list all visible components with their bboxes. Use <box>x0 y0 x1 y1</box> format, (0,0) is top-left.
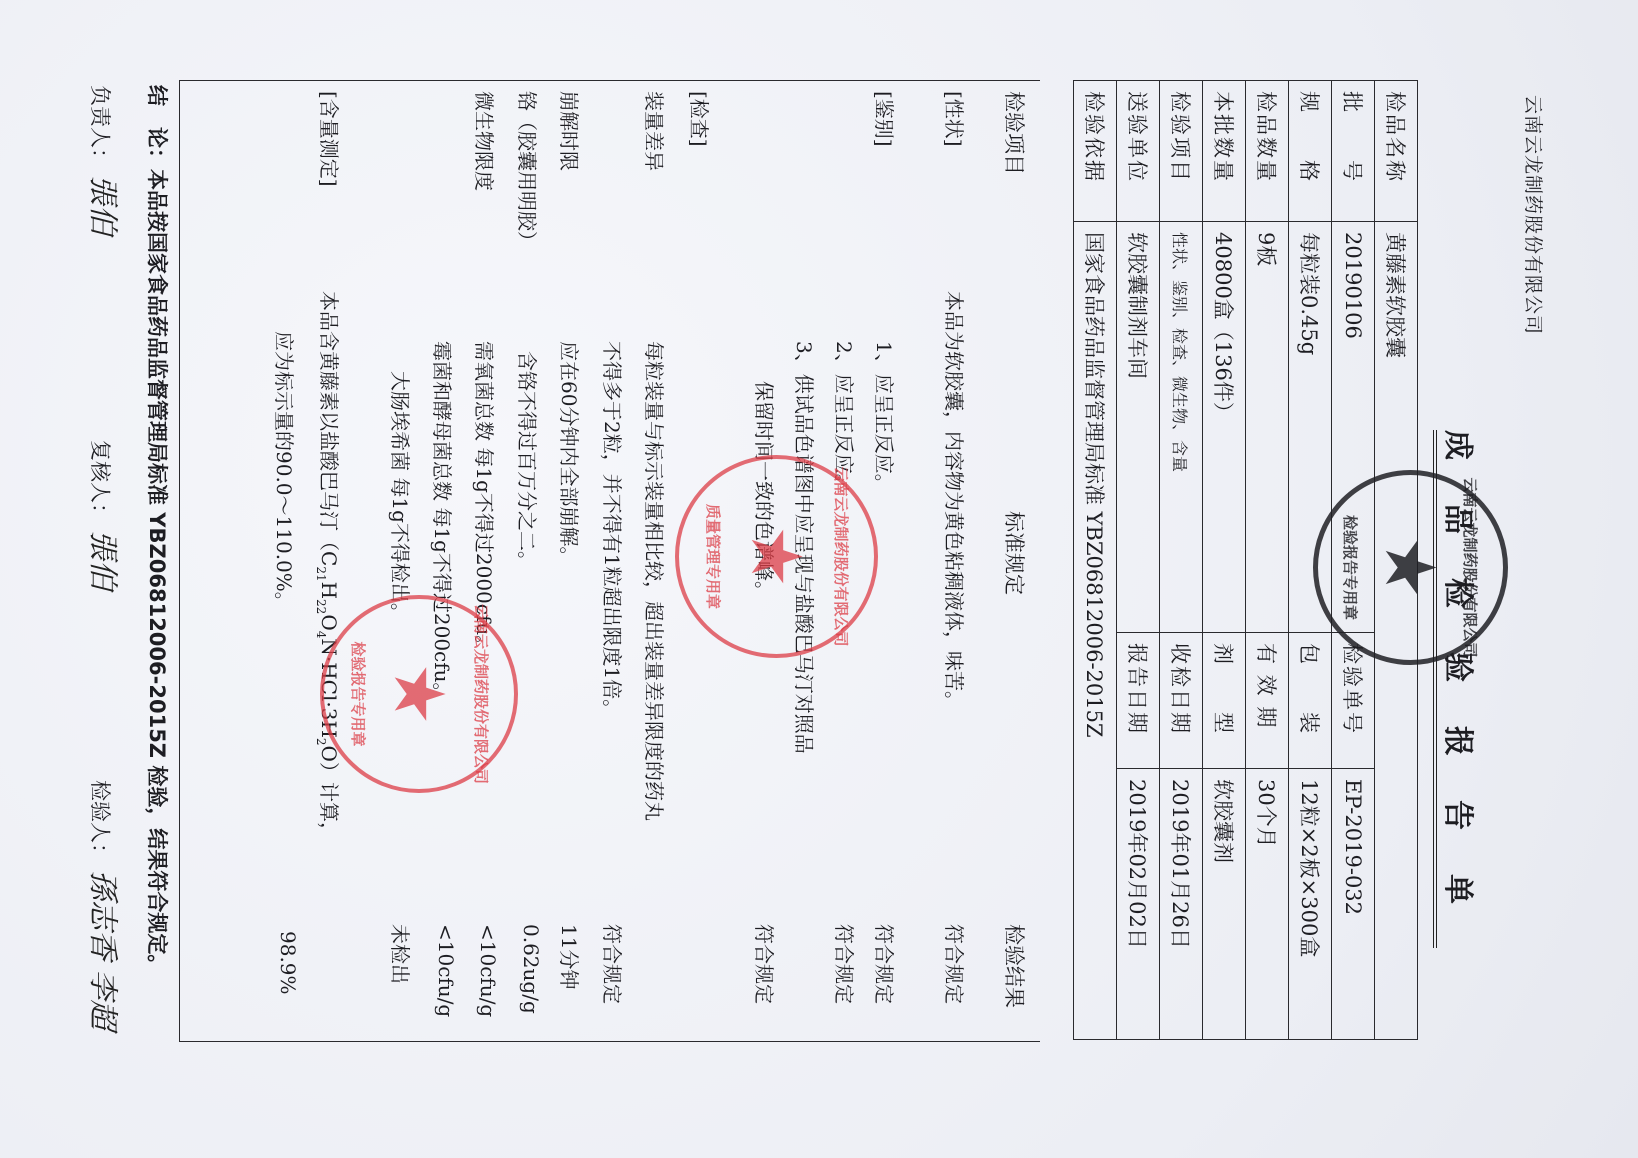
reviewer-signature: 复核人：張伯 <box>84 440 128 590</box>
qc-stamp: ★ 云南云龙制药股份有限公司 检验报告专用章 <box>320 595 518 793</box>
check-result: 未检出 <box>387 924 416 984</box>
star-icon: ★ <box>384 663 454 726</box>
dosage-value: 软胶囊剂 <box>1203 769 1246 1040</box>
responsible-name: 張伯 <box>85 175 120 235</box>
stamp-text: 云南云龙制药股份有限公司 <box>831 466 852 646</box>
package-value: 12粒×2板×300盒 <box>1289 769 1332 1040</box>
check-standard: 含铬不得过百万分之二。 <box>514 351 543 571</box>
test-items-label: 检验项目 <box>1160 81 1203 222</box>
check-name: 崩解时限 <box>556 91 585 171</box>
check-result: 0.62ug/g <box>519 924 543 1014</box>
table-row: 检验依据 国家食品药品监督管理局标准 YBZ06812006-2015Z <box>1074 81 1117 1040</box>
sample-qty-label: 检品数量 <box>1246 81 1289 222</box>
check-standard: 应在60分钟内全部崩解。 <box>556 341 585 566</box>
stamp-text: 检验报告专用章 <box>1340 515 1361 620</box>
package-label: 包 装 <box>1289 633 1332 769</box>
assay-line-2: 应为标示量的90.0～110.0%。 <box>271 331 300 612</box>
report-stamp: ★ 云南云龙制药股份有限公司 检验报告专用章 <box>1313 470 1508 665</box>
stamp-text: 质量管理专用章 <box>703 504 724 609</box>
identification-result: 符合规定 <box>871 924 900 1004</box>
report-date-value: 2019年02月02日 <box>1117 769 1160 1040</box>
table-row: 检品数量 9板 有 效 期 30个月 <box>1246 81 1289 1040</box>
assay-result: 98.9% <box>276 931 300 995</box>
check-name: 微生物限度 <box>471 91 500 191</box>
conclusion: 结 论：本品按国家食品药品监督管理局标准 YBZ06812006-2015Z 检… <box>143 85 173 975</box>
submitter-value: 软胶囊制剂车间 <box>1117 222 1160 633</box>
stamp-text: 云南云龙制药股份有限公司 <box>471 604 492 784</box>
check-result: 符合规定 <box>599 924 628 1004</box>
conclusion-text: 本品按国家食品药品监督管理局标准 YBZ06812006-2015Z 检验，结果… <box>145 169 169 975</box>
reviewer-label: 复核人： <box>88 440 112 524</box>
expiry-value: 30个月 <box>1246 769 1289 1040</box>
report-no-value: EP-2019-032 <box>1332 769 1375 1040</box>
star-icon: ★ <box>742 525 812 588</box>
spec-label: 规 格 <box>1289 81 1332 222</box>
inspector-label: 检验人： <box>88 780 112 864</box>
batch-qty-label: 本批数量 <box>1203 81 1246 222</box>
check-result: <10cfu/g <box>476 924 500 1017</box>
appearance-result: 符合规定 <box>941 924 970 1004</box>
stamp-text: 云南云龙制药股份有限公司 <box>1460 477 1481 657</box>
test-items-value: 性状、鉴别、检查、微生物、含量 <box>1160 222 1203 633</box>
appearance-text: 本品为软胶囊，内容物为黄色粘稠液体，味苦。 <box>941 291 970 711</box>
table-row: 本批数量 40800盒（136件） 剂 型 软胶囊剂 <box>1203 81 1246 1040</box>
stamp-text: 检验报告专用章 <box>348 641 369 746</box>
basis-value: 国家食品药品监督管理局标准 YBZ06812006-2015Z <box>1074 222 1117 1040</box>
expiry-label: 有 效 期 <box>1246 633 1289 769</box>
header-result: 检验结果 <box>1000 924 1030 1008</box>
check-standard: 大肠埃希菌 每1g不得检出。 <box>387 371 416 623</box>
responsible-label: 负责人： <box>88 85 112 169</box>
receive-date-value: 2019年01月26日 <box>1160 769 1203 1040</box>
star-icon: ★ <box>1376 536 1446 599</box>
check-standard: 每粒装量与标示装量相比较，超出装量差异限度的药丸 <box>641 341 670 821</box>
document-page: 云南云龙制药股份有限公司 成品检验报告单 检品名称 黄藤素软胶囊 批 号 201… <box>0 0 1638 1158</box>
table-row: 检验项目 性状、鉴别、检查、微生物、含量 收检日期 2019年01月26日 <box>1160 81 1203 1040</box>
sample-qty-value: 9板 <box>1246 222 1289 633</box>
check-result: 11分钟 <box>556 924 585 989</box>
header-item: 检验项目 <box>1000 91 1030 175</box>
check-name: 装量差异 <box>641 91 670 171</box>
results-section: 检验项目 标准规定 检验结果 [性状] 本品为软胶囊，内容物为黄色粘稠液体，味苦… <box>179 80 1040 1042</box>
appearance-title: [性状] <box>941 91 970 147</box>
scanned-page: 云南云龙制药股份有限公司 成品检验报告单 检品名称 黄藤素软胶囊 批 号 201… <box>0 0 1638 1158</box>
submitter-label: 送验单位 <box>1117 81 1160 222</box>
identification-item: 1、应呈正反应。 <box>871 341 900 494</box>
table-row: 送验单位 软胶囊制剂车间 报告日期 2019年02月02日 <box>1117 81 1160 1040</box>
conclusion-label: 结 论： <box>145 85 169 169</box>
batch-qty-value: 40800盒（136件） <box>1203 222 1246 633</box>
dosage-label: 剂 型 <box>1203 633 1246 769</box>
checks-title: [检查] <box>686 91 715 147</box>
receive-date-label: 收检日期 <box>1160 633 1203 769</box>
check-result: <10cfu/g <box>434 924 458 1017</box>
header-standard: 标准规定 <box>1000 511 1030 595</box>
report-date-label: 报告日期 <box>1117 633 1160 769</box>
assay-line-1: 本品含黄藤素以盐酸巴马汀（C21H22O4N·HCl·3H2O）计算， <box>314 291 345 842</box>
identification-result: 符合规定 <box>751 924 780 1004</box>
basis-label: 检验依据 <box>1074 81 1117 222</box>
check-standard: 不得多于2粒，并不得有1粒超出限度1倍。 <box>599 341 628 719</box>
identification-title: [鉴别] <box>871 91 900 147</box>
company-name: 云南云龙制药股份有限公司 <box>1521 95 1548 335</box>
qa-stamp: ★ 云南云龙制药股份有限公司 质量管理专用章 <box>675 455 878 658</box>
check-name: 铬（胶囊用明胶） <box>514 91 543 251</box>
inspector-signature: 检验人：孫志香 李超 <box>84 780 128 1030</box>
batch-label: 批 号 <box>1332 81 1375 222</box>
assay-title: [含量测定] <box>316 91 345 187</box>
inspector-name: 孫志香 李超 <box>85 870 120 1030</box>
reviewer-name: 張伯 <box>85 530 120 590</box>
product-name-label: 检品名称 <box>1375 81 1418 222</box>
identification-result: 符合规定 <box>831 924 860 1004</box>
responsible-signature: 负责人：張伯 <box>84 85 128 235</box>
